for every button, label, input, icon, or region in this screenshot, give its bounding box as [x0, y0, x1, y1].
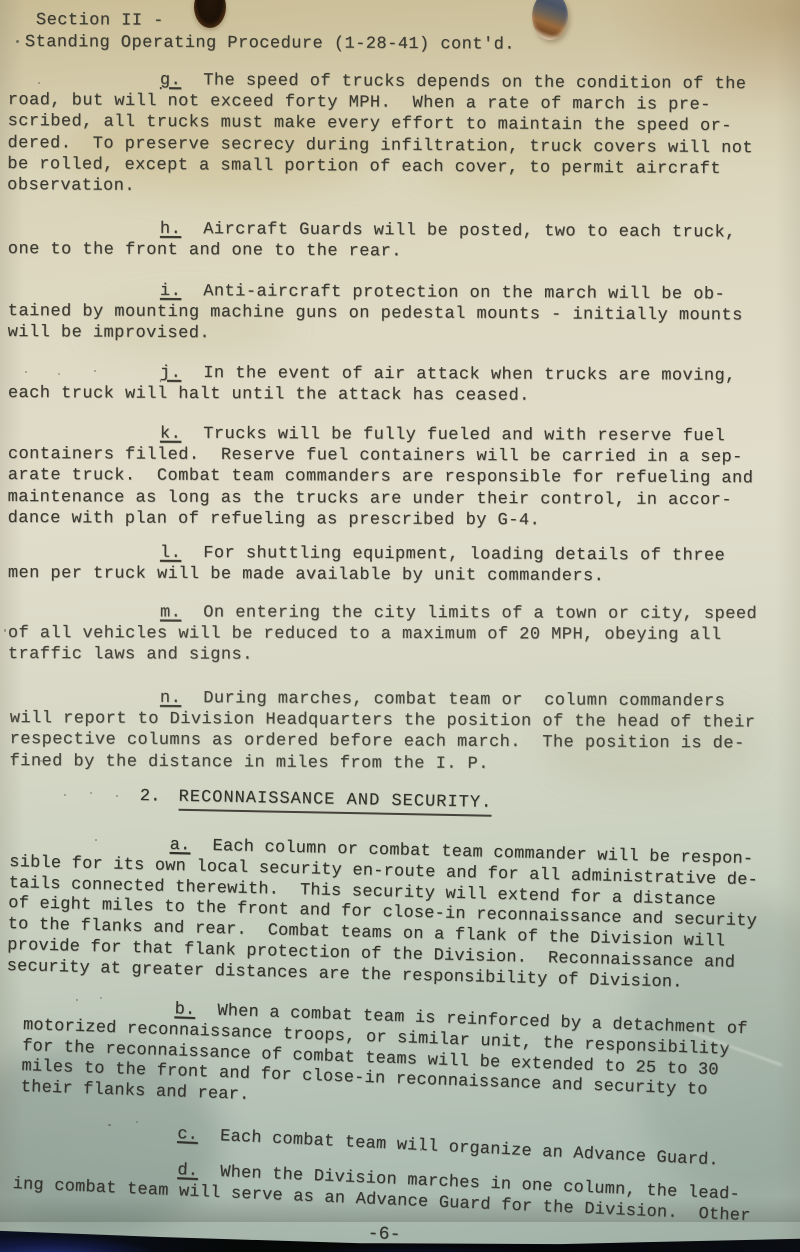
- first-line-indent: [10, 845, 170, 849]
- first-line-indent: [8, 294, 160, 295]
- paragraph-l: l.For shuttling equipment, loading detai…: [8, 542, 725, 588]
- paragraph-i-marker: i.: [160, 282, 181, 301]
- scan-speck: [40, 760, 42, 762]
- paragraph-k-text: Trucks will be fully fueled and with res…: [8, 425, 754, 530]
- paragraph-m-marker: m.: [160, 603, 181, 622]
- punch-hole-right: [532, 0, 568, 40]
- paragraph-n: n.During marches, combat team or column …: [9, 687, 755, 776]
- paragraph-l-marker: l.: [160, 544, 181, 563]
- paragraph-m-text: On entering the city limits of a town or…: [8, 604, 757, 666]
- scan-speck: [76, 999, 78, 1001]
- paragraph-d-text: When the Division marches in one column,…: [12, 1163, 751, 1226]
- scan-speck: [12, 758, 14, 760]
- scan-speck: [16, 40, 19, 43]
- document-header-line2: Standing Operating Procedure (1-28-41) c…: [25, 32, 515, 56]
- scan-speck: [136, 1121, 138, 1123]
- scan-speck: [94, 370, 96, 372]
- scan-speck: [108, 1124, 111, 1126]
- paragraph-m: m.On entering the city limits of a town …: [8, 602, 757, 668]
- paragraph-n-marker: n.: [160, 689, 181, 708]
- scan-speck: [90, 792, 92, 794]
- scanned-document-page: Section II - Standing Operating Procedur…: [0, 0, 800, 1252]
- scan-speck: [420, 1148, 422, 1151]
- document-header-line1: Section II -: [36, 10, 164, 32]
- first-line-indent: [8, 83, 160, 84]
- scan-speck: [100, 997, 102, 999]
- first-line-indent: [8, 556, 160, 557]
- paragraph-i: i.Anti-aircraft protection on the march …: [8, 280, 743, 348]
- section-2-number: 2.: [140, 787, 161, 806]
- paragraph-h-marker: h.: [160, 220, 181, 239]
- paragraph-n-text: During marches, combat team or column co…: [9, 689, 755, 773]
- first-line-indent: [24, 1008, 175, 1013]
- first-line-indent: [8, 232, 160, 233]
- paragraph-i-text: Anti-aircraft protection on the march wi…: [8, 282, 743, 343]
- paragraph-l-text: For shuttling equipment, loading details…: [8, 544, 725, 586]
- scan-speck: [4, 629, 6, 632]
- paragraph-d-marker: d.: [177, 1161, 199, 1181]
- paragraph-g-text: The speed of trucks depends on the condi…: [7, 71, 753, 196]
- first-line-indent: [13, 1167, 177, 1174]
- paragraph-k: k.Trucks will be fully fueled and with r…: [8, 423, 754, 532]
- paragraph-j-marker: j.: [160, 364, 181, 383]
- paragraph-b-marker: b.: [174, 1000, 195, 1020]
- punch-hole-left: [194, 0, 226, 28]
- paragraph-b: b.When a combat team is reinforced by a …: [20, 995, 748, 1124]
- first-line-indent: [8, 437, 160, 438]
- paragraph-j: j.In the event of air attack when trucks…: [8, 362, 736, 408]
- scan-speck: [95, 839, 97, 841]
- paragraph-h: h.Aircraft Guards will be posted, two to…: [8, 218, 736, 265]
- paragraph-a-marker: a.: [169, 836, 190, 856]
- paragraph-h-text: Aircraft Guards will be posted, two to e…: [8, 220, 736, 261]
- scan-speck: [58, 373, 60, 375]
- section-2-heading: 2.RECONNAISSANCE AND SECURITY.: [140, 787, 493, 815]
- scan-speck: [116, 795, 118, 797]
- scan-speck: [64, 794, 66, 796]
- paragraph-k-marker: k.: [160, 425, 181, 444]
- paragraph-j-text: In the event of air attack when trucks a…: [8, 364, 736, 406]
- scan-speck: [38, 82, 40, 84]
- paragraph-b-text: When a combat team is reinforced by a de…: [20, 1002, 747, 1105]
- page-number: -6-: [367, 1224, 401, 1246]
- paragraph-c-marker: c.: [177, 1125, 199, 1145]
- paragraph-a-text: Each column or combat team commander wil…: [6, 837, 758, 992]
- first-line-indent: [10, 701, 160, 702]
- paragraph-g-marker: g.: [160, 71, 181, 90]
- section-2-title: RECONNAISSANCE AND SECURITY.: [178, 788, 492, 817]
- scan-speck: [25, 371, 27, 373]
- paragraph-g: g.The speed of trucks depends on the con…: [7, 69, 753, 201]
- first-line-indent: [8, 376, 160, 377]
- first-line-indent: [13, 1130, 177, 1138]
- paragraph-a: a.Each column or combat team commander w…: [6, 832, 758, 996]
- paragraph-c-text: Each combat team will organize an Advanc…: [220, 1127, 720, 1170]
